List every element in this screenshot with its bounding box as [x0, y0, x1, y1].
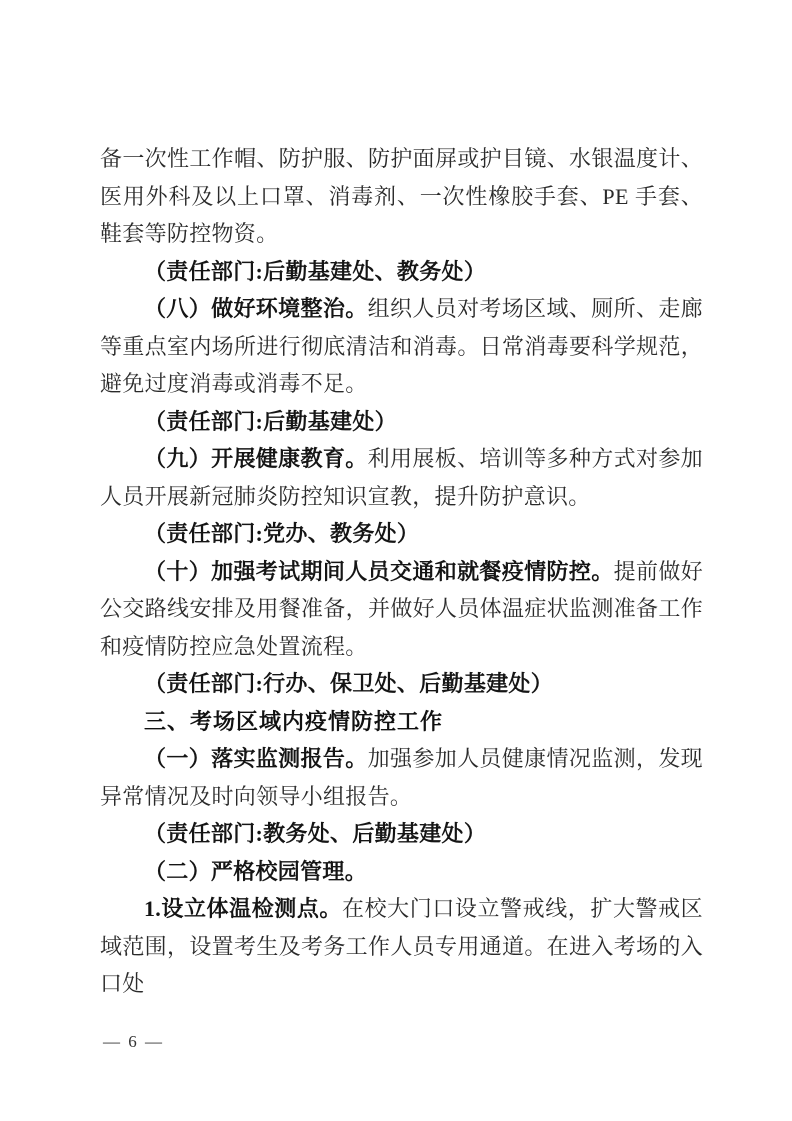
- responsibility-dept-text: （责任部门:行办、保卫处、后勤基建处）: [144, 671, 553, 696]
- responsibility-dept-text: （责任部门:党办、教务处）: [144, 521, 419, 546]
- responsibility-dept-text: （责任部门:后勤基建处）: [144, 409, 397, 434]
- section-heading-text: 三、考场区域内疫情防控工作: [144, 709, 443, 734]
- document-body: 备一次性工作帽、防护服、防护面屏或护目镜、水银温度计、医用外科及以上口罩、消毒剂…: [100, 140, 703, 1003]
- paragraph-item-8-environment: （八）做好环境整治。组织人员对考场区域、厕所、走廊等重点室内场所进行彻底清洁和消…: [100, 290, 703, 403]
- section-heading-3: 三、考场区域内疫情防控工作: [100, 703, 703, 741]
- paragraph-sub-1-temperature-checkpoint: 1.设立体温检测点。在校大门口设立警戒线，扩大警戒区域范围，设置考生及考务工作人…: [100, 890, 703, 1003]
- paragraph-responsibility-dept-4: （责任部门:行办、保卫处、后勤基建处）: [100, 665, 703, 703]
- paragraph-item-2-campus-management: （二）严格校园管理。: [100, 853, 703, 891]
- item-lead-text: （九）开展健康教育。: [144, 446, 368, 471]
- paragraph-item-10-transport-dining: （十）加强考试期间人员交通和就餐疫情防控。提前做好公交路线安排及用餐准备，并做好…: [100, 553, 703, 666]
- body-text: 备一次性工作帽、防护服、防护面屏或护目镜、水银温度计、医用外科及以上口罩、消毒剂…: [100, 146, 703, 246]
- paragraph-responsibility-dept-3: （责任部门:党办、教务处）: [100, 515, 703, 553]
- page-number: — 6 —: [103, 1032, 164, 1052]
- responsibility-dept-text: （责任部门:后勤基建处、教务处）: [144, 259, 486, 284]
- paragraph-supplies-continuation: 备一次性工作帽、防护服、防护面屏或护目镜、水银温度计、医用外科及以上口罩、消毒剂…: [100, 140, 703, 253]
- item-lead-text: （一）落实监测报告。: [144, 746, 368, 771]
- item-lead-text: （十）加强考试期间人员交通和就餐疫情防控。: [144, 559, 614, 584]
- paragraph-item-9-health-education: （九）开展健康教育。利用展板、培训等多种方式对参加人员开展新冠肺炎防控知识宣教，…: [100, 440, 703, 515]
- item-lead-text: 1.设立体温检测点。: [144, 896, 342, 921]
- paragraph-item-1-monitoring-report: （一）落实监测报告。加强参加人员健康情况监测，发现异常情况及时向领导小组报告。: [100, 740, 703, 815]
- item-lead-text: （八）做好环境整治。: [144, 296, 368, 321]
- document-page: 备一次性工作帽、防护服、防护面屏或护目镜、水银温度计、医用外科及以上口罩、消毒剂…: [0, 0, 792, 1121]
- responsibility-dept-text: （责任部门:教务处、后勤基建处）: [144, 821, 486, 846]
- paragraph-responsibility-dept-2: （责任部门:后勤基建处）: [100, 403, 703, 441]
- item-lead-text: （二）严格校园管理。: [144, 859, 367, 884]
- paragraph-responsibility-dept-1: （责任部门:后勤基建处、教务处）: [100, 253, 703, 291]
- paragraph-responsibility-dept-5: （责任部门:教务处、后勤基建处）: [100, 815, 703, 853]
